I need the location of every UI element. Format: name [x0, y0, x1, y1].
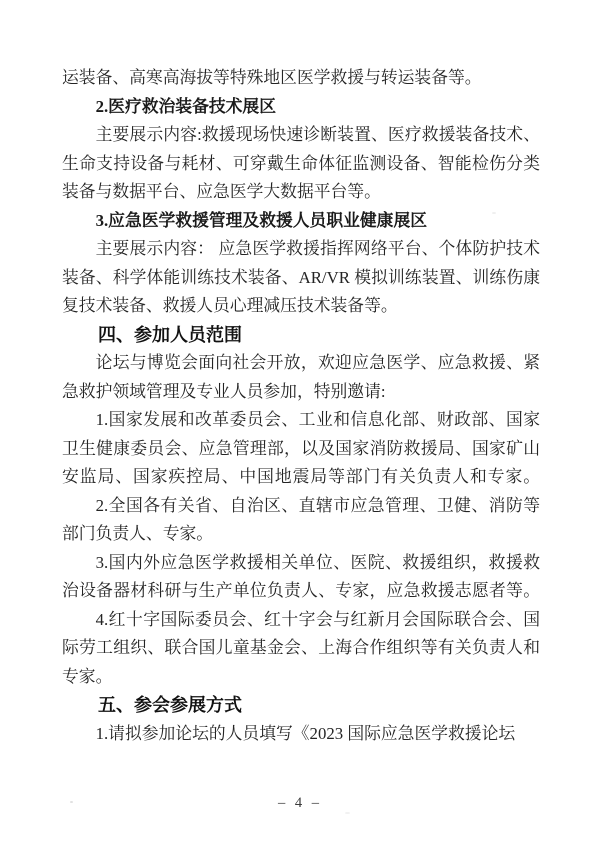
text-line: 论坛与博览会面向社会开放，欢迎应急医学、应急救援、紧 [62, 349, 540, 378]
text-line: 部门负责人、专家。 [62, 520, 540, 549]
text-line: 1.请拟参加论坛的人员填写《2023 国际应急医学救援论坛 [62, 720, 540, 749]
text-line: 2.全国各有关省、自治区、直辖市应急管理、卫健、消防等 [62, 492, 540, 521]
text-line: 主要展示内容： 应急医学救援指挥网络平台、个体防护技术 [62, 235, 540, 264]
page-number: – 4 – [0, 795, 600, 812]
scan-artifact [345, 812, 350, 814]
subsection-heading: 3.应急医学救援管理及救援人员职业健康展区 [62, 207, 540, 236]
text-line: 3.国内外应急医学救援相关单位、医院、救援组织，救援救 [62, 549, 540, 578]
text-line: 运装备、高寒高海拔等特殊地区医学救援与转运装备等。 [62, 64, 540, 93]
text-line: 专家。 [62, 663, 540, 692]
text-line: 卫生健康委员会、应急管理部，以及国家消防救援局、国家矿山 [62, 435, 540, 464]
scan-artifact [492, 212, 496, 214]
document-page: 运装备、高寒高海拔等特殊地区医学救援与转运装备等。2.医疗救治装备技术展区主要展… [0, 0, 600, 848]
text-line: 急救护领域管理及专业人员参加，特别邀请: [62, 378, 540, 407]
text-line: 治设备器材科研与生产单位负责人、专家，应急救援志愿者等。 [62, 577, 540, 606]
subsection-heading: 2.医疗救治装备技术展区 [62, 93, 540, 122]
text-line: 际劳工组织、联合国儿童基金会、上海合作组织等有关负责人和 [62, 634, 540, 663]
text-line: 生命支持设备与耗材、可穿戴生命体征监测设备、智能检伤分类 [62, 150, 540, 179]
text-line: 复技术装备、救援人员心理减压技术装备等。 [62, 292, 540, 321]
document-body: 运装备、高寒高海拔等特殊地区医学救援与转运装备等。2.医疗救治装备技术展区主要展… [62, 64, 540, 748]
section-heading: 五、参会参展方式 [62, 691, 540, 720]
text-line: 安监局、国家疾控局、中国地震局等部门有关负责人和专家。 [62, 463, 540, 492]
text-line: 装备、科学体能训练技术装备、AR/VR 模拟训练装置、训练伤康 [62, 264, 540, 293]
text-line: 4.红十字国际委员会、红十字会与红新月会国际联合会、国 [62, 606, 540, 635]
section-heading: 四、参加人员范围 [62, 321, 540, 350]
text-line: 1.国家发展和改革委员会、工业和信息化部、财政部、国家 [62, 406, 540, 435]
text-line: 主要展示内容:救援现场快速诊断装置、医疗救援装备技术、 [62, 121, 540, 150]
scan-artifact [70, 801, 73, 803]
text-line: 装备与数据平台、应急医学大数据平台等。 [62, 178, 540, 207]
